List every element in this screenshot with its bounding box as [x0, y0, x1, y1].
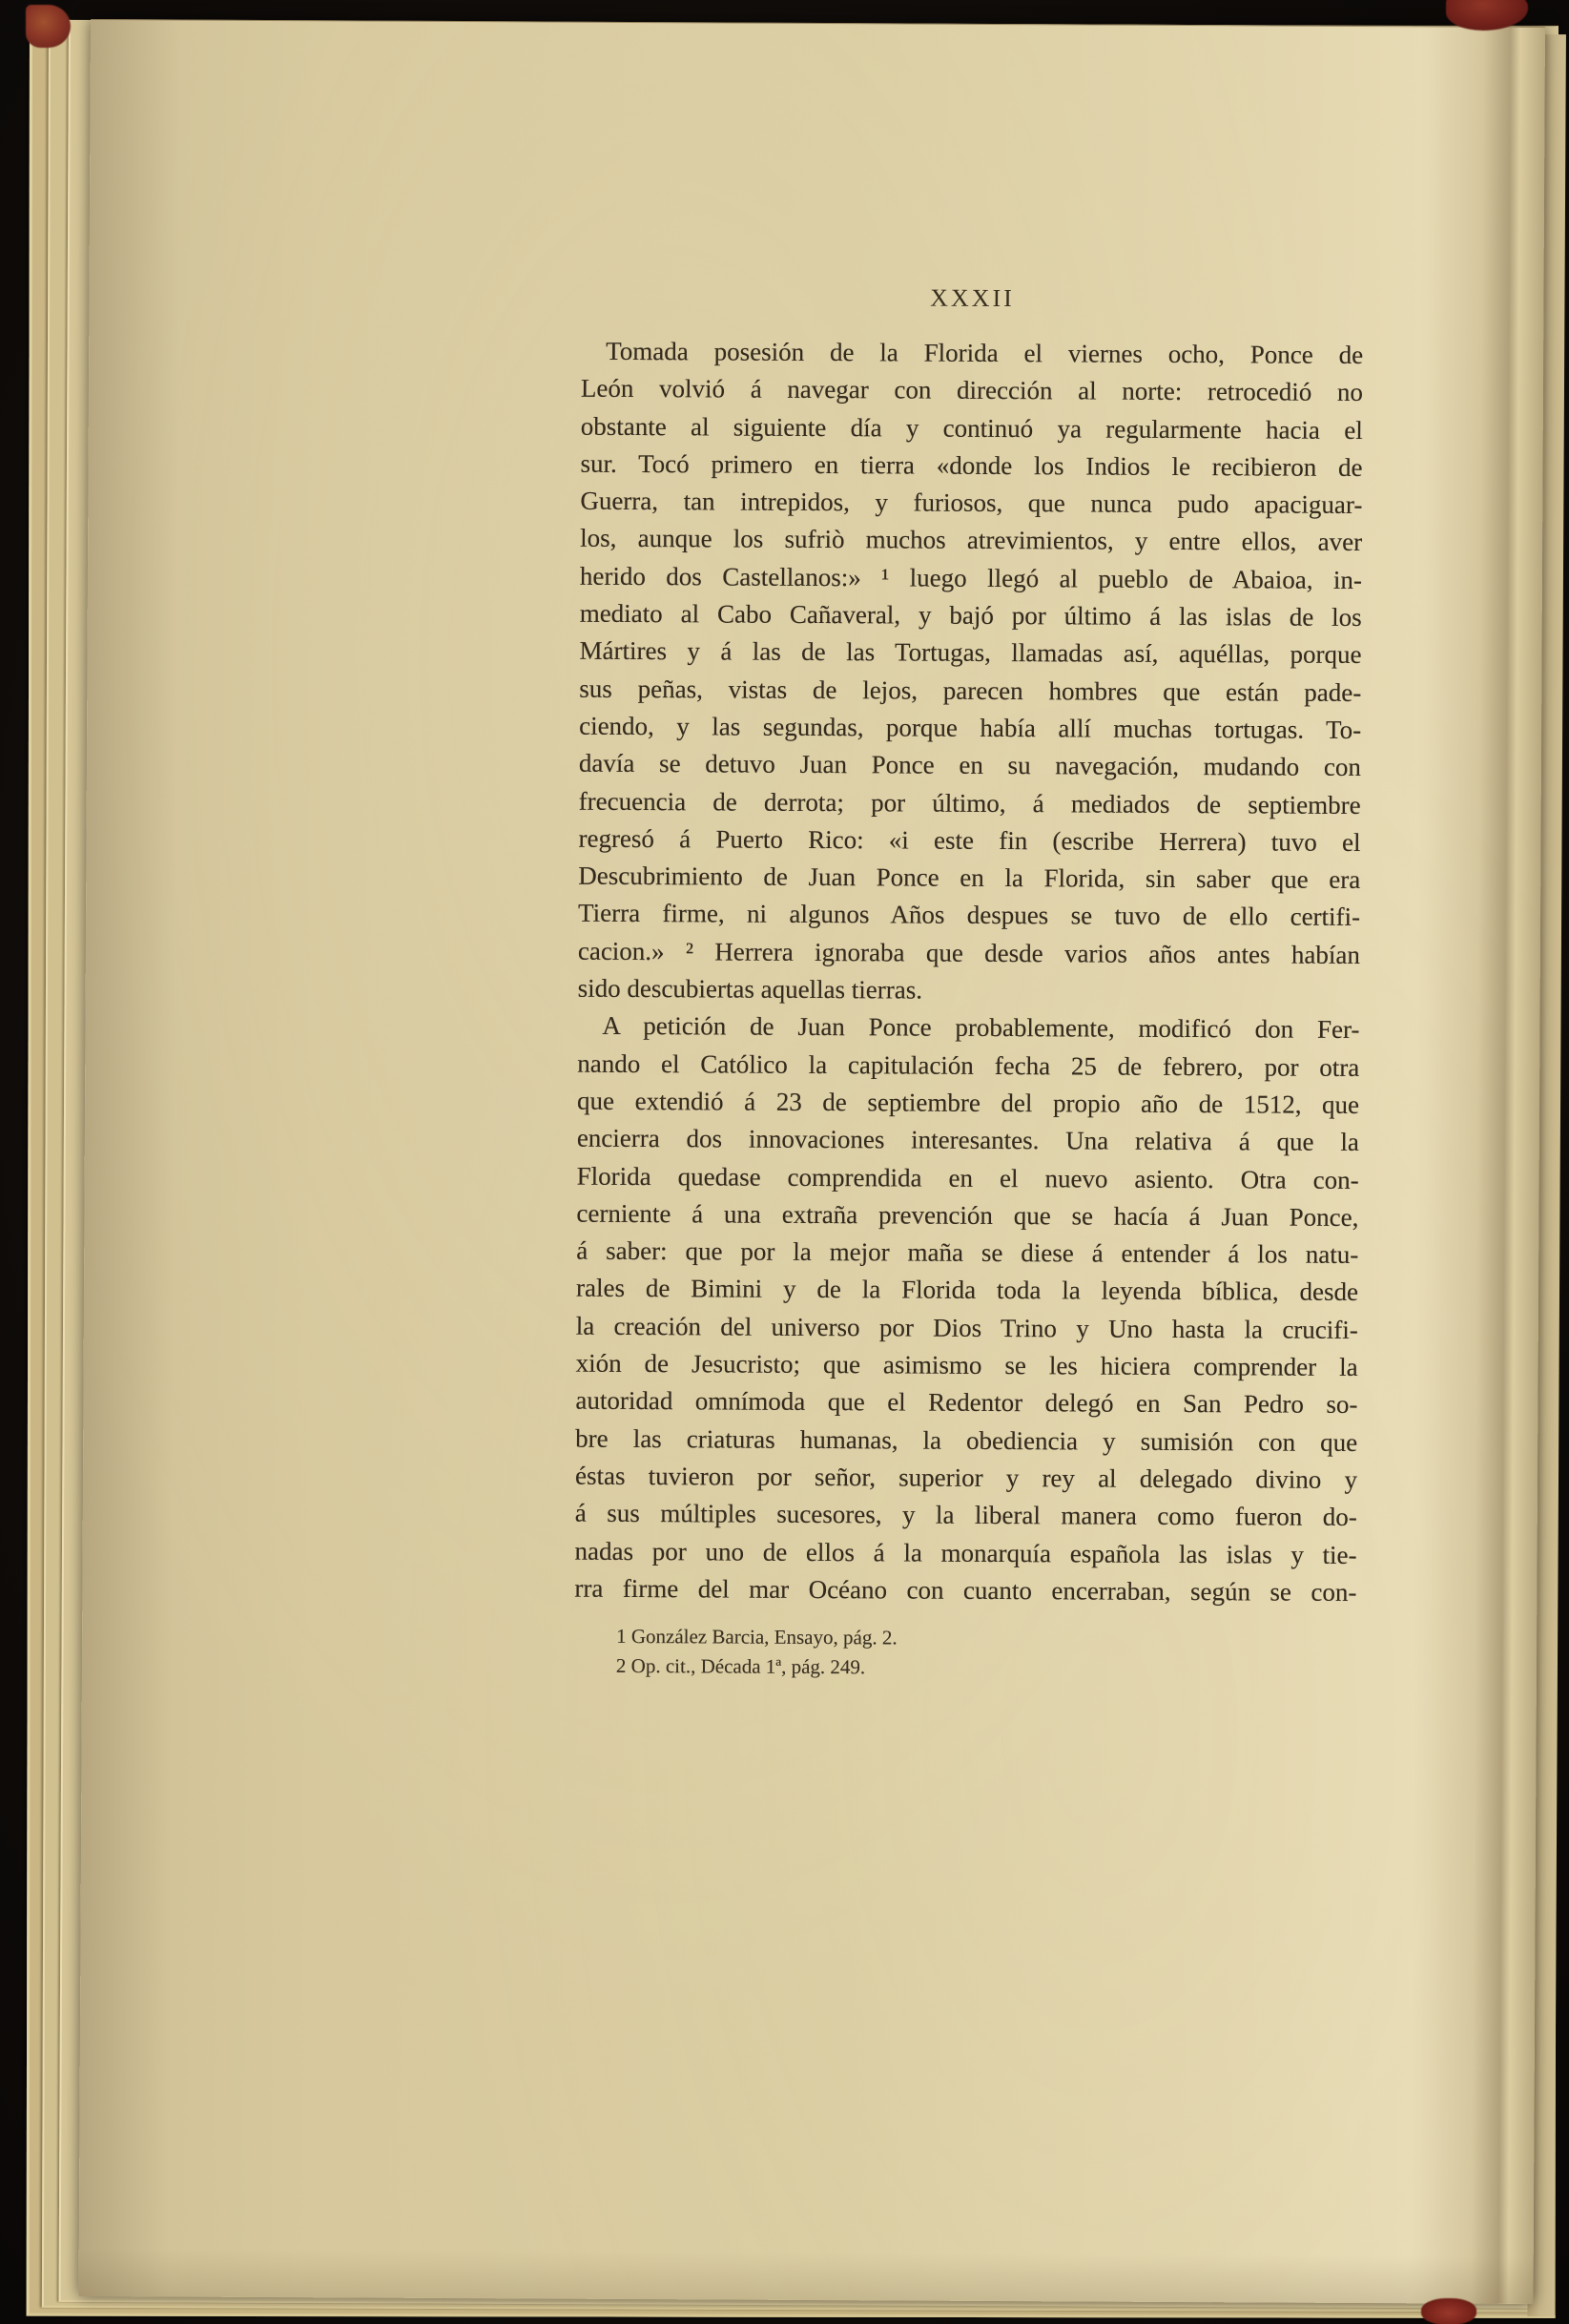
- text-line: ciendo, y las segundas, porque había all…: [579, 708, 1361, 750]
- text-line: sur. Tocó primero en tierra «donde los I…: [580, 446, 1362, 488]
- text-line: Tomada posesión de la Florida el viernes…: [581, 333, 1363, 375]
- text-line: bre las criaturas humanas, la obediencia…: [575, 1420, 1357, 1462]
- page-left-shading: [79, 20, 181, 2296]
- book: XXXII Tomada posesión de la Florida el v…: [79, 19, 1545, 2303]
- text-line: éstas tuvieron por señor, superior y rey…: [575, 1458, 1357, 1500]
- text-line: regresó á Puerto Rico: «i este fin (escr…: [578, 820, 1360, 862]
- text-line: frecuencia de derrota; por último, á med…: [579, 782, 1361, 824]
- text-line: encierra dos innovaciones interesantes. …: [577, 1120, 1359, 1162]
- text-line: rra firme del mar Océano con cuanto ence…: [574, 1569, 1356, 1611]
- text-line: Mártires y á las de las Tortugas, llamad…: [579, 633, 1361, 674]
- text-line: autoridad omnímoda que el Redentor deleg…: [575, 1382, 1357, 1424]
- text-line: cacion.» ² Herrera ignoraba que desde va…: [578, 932, 1360, 974]
- page-number: XXXII: [581, 282, 1363, 315]
- footnote-line: 2 Op. cit., Década 1ª, pág. 249.: [574, 1651, 1356, 1685]
- text-line: los, aunque los sufriò muchos atrevimien…: [580, 520, 1362, 562]
- text-line: davía se detuvo Juan Ponce en su navegac…: [579, 745, 1361, 787]
- text-line: á saber: que por la mejor maña se diese …: [576, 1233, 1358, 1275]
- text-line: cerniente á una extraña prevención que s…: [576, 1195, 1358, 1237]
- footnotes: 1 González Barcia, Ensayo, pág. 2.2 Op. …: [574, 1622, 1356, 1685]
- photo-backdrop: XXXII Tomada posesión de la Florida el v…: [0, 0, 1569, 2324]
- text-line: mediato al Cabo Cañaveral, y bajó por úl…: [580, 595, 1362, 637]
- page-binding-crease: [1409, 27, 1544, 2304]
- text-line: sus peñas, vistas de lejos, parecen homb…: [579, 670, 1361, 712]
- page-bottom-shading: [79, 2249, 1534, 2304]
- text-line: obstante al siguiente día y continuó ya …: [581, 407, 1363, 449]
- text-line: que extendió á 23 de septiembre del prop…: [577, 1083, 1359, 1125]
- red-cover-mark-top-left: [26, 5, 71, 48]
- text-line: Descubrimiento de Juan Ponce en la Flori…: [578, 858, 1360, 900]
- text-line: xión de Jesucristo; que asimismo se les …: [576, 1345, 1358, 1387]
- text-line: nadas por uno de ellos á la monarquía es…: [574, 1532, 1356, 1574]
- text-line: nando el Católico la capitulación fecha …: [577, 1045, 1359, 1087]
- text-line: León volvió á navegar con dirección al n…: [581, 370, 1363, 412]
- text-line: A petición de Juan Ponce probablemente, …: [577, 1007, 1359, 1049]
- text-line: Florida quedase comprendida en el nuevo …: [577, 1157, 1359, 1199]
- text-line: la creación del universo por Dios Trino …: [576, 1307, 1358, 1349]
- book-page: XXXII Tomada posesión de la Florida el v…: [79, 19, 1545, 2304]
- footnote-line: 1 González Barcia, Ensayo, pág. 2.: [574, 1622, 1356, 1655]
- text-line: Guerra, tan intrepidos, y furiosos, que …: [580, 483, 1362, 525]
- text-line: rales de Bimini y de la Florida toda la …: [576, 1270, 1358, 1312]
- body-text: Tomada posesión de la Florida el viernes…: [574, 333, 1363, 1611]
- text-line: herido dos Castellanos:» ¹ luego llegó a…: [580, 557, 1362, 599]
- red-cover-mark-bottom-right: [1421, 2298, 1476, 2324]
- text-line: Tierra firme, ni algunos Años despues se…: [578, 895, 1360, 937]
- text-line: sido descubiertas aquellas tierras.: [578, 970, 1360, 1012]
- text-line: á sus múltiples sucesores, y la liberal …: [575, 1495, 1357, 1537]
